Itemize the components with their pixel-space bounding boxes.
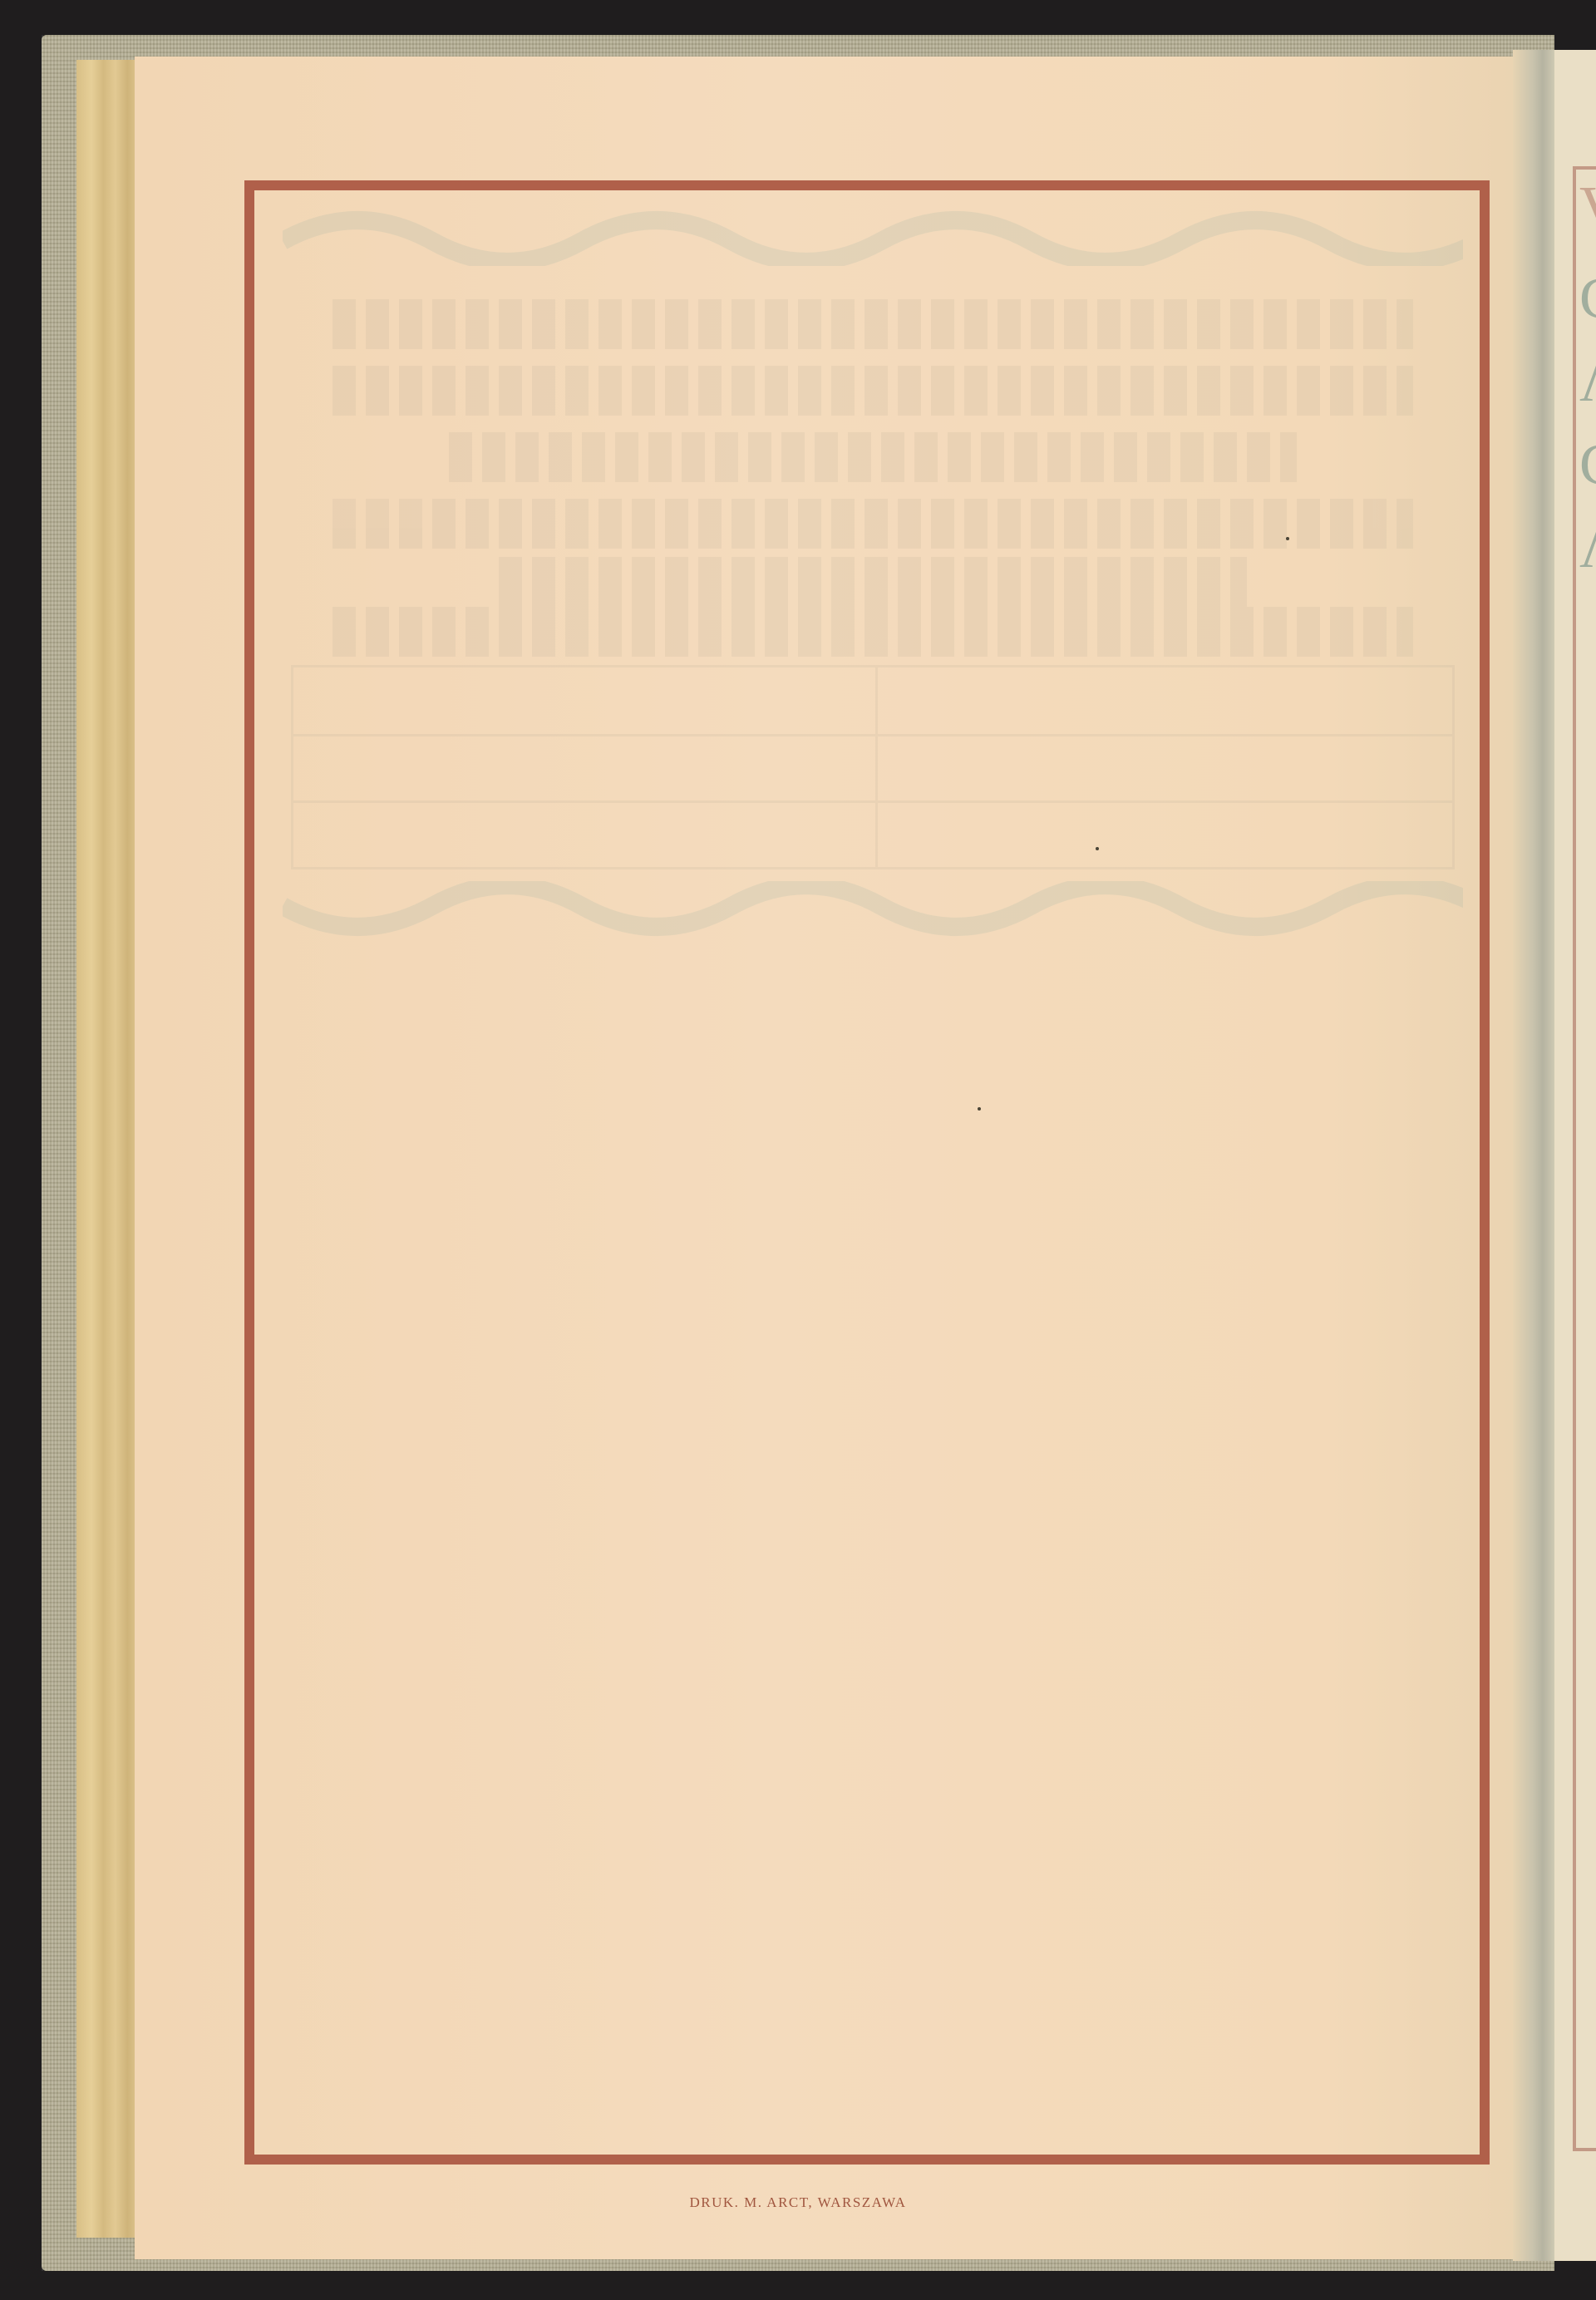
printer-imprint: DRUK. M. ARCT, WARSZAWA [0,2194,1596,2211]
adjacent-ornament-glyph: Λ [1579,349,1596,416]
adjacent-ornament-glyph: V [1579,175,1596,241]
decorative-frame-border [244,180,1490,2165]
paper-speck [1096,847,1099,850]
adjacent-ornament-glyph: C [1579,432,1596,499]
paper-speck [1286,537,1289,540]
adjacent-ornament-glyph: C [1579,266,1596,332]
adjacent-page: V C Λ C Λ [1554,50,1596,2261]
page-edges [76,60,136,2238]
adjacent-ornament-glyph: Λ [1579,515,1596,582]
paper-speck [978,1107,981,1111]
